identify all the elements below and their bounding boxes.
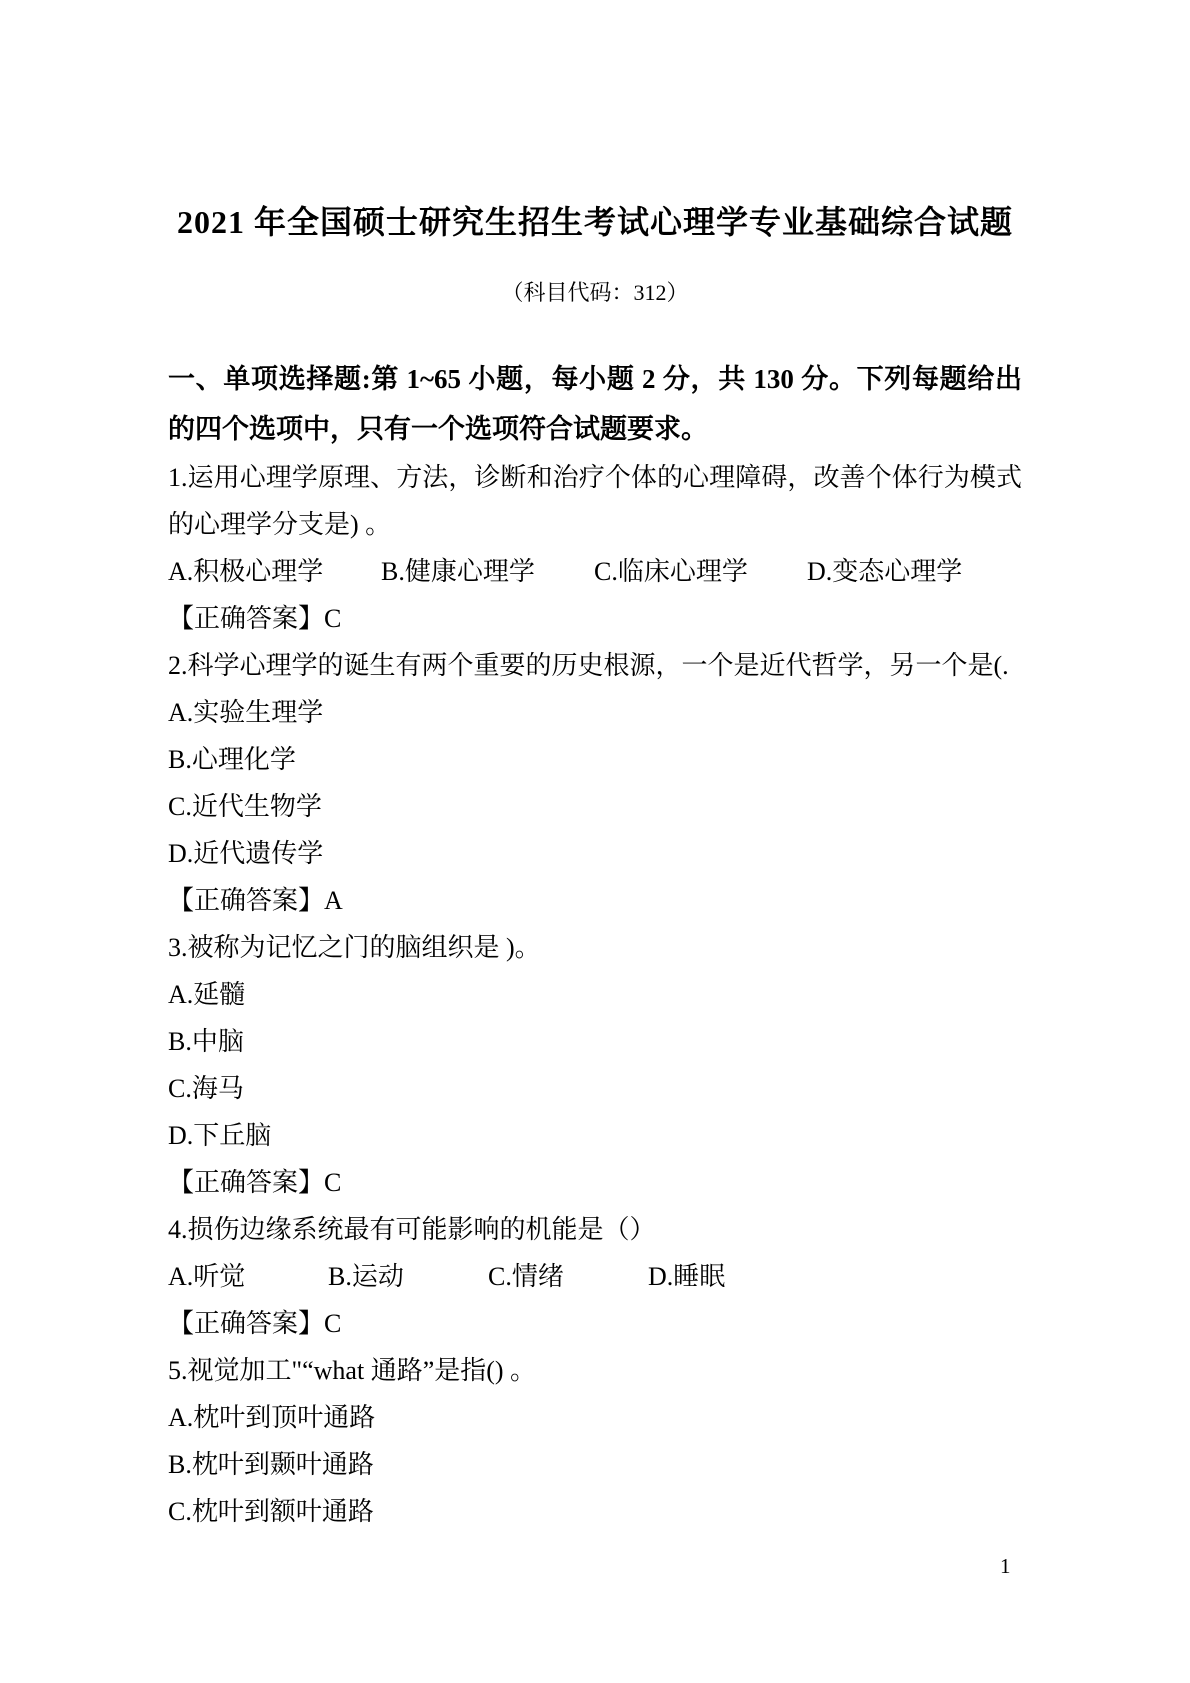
option-b: B.心理化学 — [168, 736, 1022, 783]
question-5-stem: 5.视觉加工"“what 通路”是指() 。 — [168, 1347, 1022, 1394]
option-a: A.枕叶到顶叶通路 — [168, 1394, 1022, 1441]
option-c: C.枕叶到额叶通路 — [168, 1488, 1022, 1535]
option-b: B.健康心理学 — [381, 548, 594, 595]
option-c: C.情绪 — [488, 1253, 648, 1300]
question-1-options-row: A.积极心理学 B.健康心理学 C.临床心理学 D.变态心理学 — [168, 548, 1022, 595]
question-1-stem: 1.运用心理学原理、方法，诊断和治疗个体的心理障碍，改善个体行为模式的心理学分支… — [168, 454, 1022, 548]
option-a: A.积极心理学 — [168, 548, 381, 595]
option-a: A.实验生理学 — [168, 689, 1022, 736]
question-1-answer-line: 【正确答案】C — [168, 595, 1022, 642]
option-b: B.运动 — [328, 1253, 488, 1300]
option-b: B.枕叶到颞叶通路 — [168, 1441, 1022, 1488]
question-4-answer-line: 【正确答案】C — [168, 1300, 1022, 1347]
option-d: D.变态心理学 — [807, 548, 962, 595]
question-2-answer-line: 【正确答案】A — [168, 877, 1022, 924]
question-4-options-row: A.听觉 B.运动 C.情绪 D.睡眠 — [168, 1253, 1022, 1300]
question-3-answer-line: 【正确答案】C — [168, 1159, 1022, 1206]
question-2-stem: 2.科学心理学的诞生有两个重要的历史根源，一个是近代哲学，另一个是(. — [168, 642, 1022, 689]
exam-paper-page: 2021 年全国硕士研究生招生考试心理学专业基础综合试题 （科目代码：312） … — [0, 0, 1190, 1683]
option-d: D.睡眠 — [648, 1253, 725, 1300]
option-d: D.下丘脑 — [168, 1112, 1022, 1159]
page-title: 2021 年全国硕士研究生招生考试心理学专业基础综合试题 — [168, 202, 1022, 242]
option-c: C.近代生物学 — [168, 783, 1022, 830]
question-4-stem: 4.损伤边缘系统最有可能影响的机能是（） — [168, 1206, 1022, 1253]
option-a: A.延髓 — [168, 971, 1022, 1018]
subject-code: （科目代码：312） — [168, 278, 1022, 308]
option-a: A.听觉 — [168, 1253, 328, 1300]
option-b: B.中脑 — [168, 1018, 1022, 1065]
option-c: C.海马 — [168, 1065, 1022, 1112]
document-body: 2021 年全国硕士研究生招生考试心理学专业基础综合试题 （科目代码：312） … — [0, 0, 1190, 1535]
option-d: D.近代遗传学 — [168, 830, 1022, 877]
question-3-stem: 3.被称为记忆之门的脑组织是 )。 — [168, 924, 1022, 971]
section-heading: 一、单项选择题:第 1~65 小题，每小题 2 分，共 130 分。下列每题给出… — [168, 354, 1022, 454]
option-c: C.临床心理学 — [594, 548, 807, 595]
page-number: 1 — [1000, 1552, 1011, 1580]
